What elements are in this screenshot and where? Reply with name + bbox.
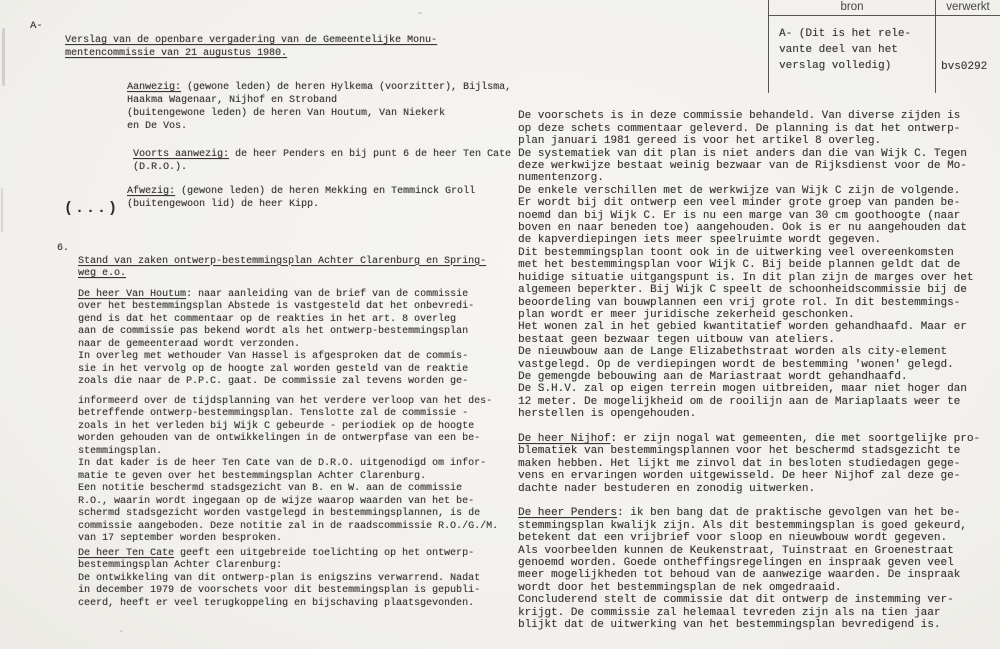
scan-artifact bbox=[120, 630, 123, 632]
scan-artifact bbox=[244, 196, 247, 198]
scanned-document-page: bron verwerkt A- (Dit is het rele- vante… bbox=[0, 0, 1000, 649]
attendance-also-present: Voorts aanwezig: de heer Penders en bij … bbox=[67, 135, 563, 174]
attendance-present-label: Aanwezig: bbox=[127, 82, 181, 93]
verwerkt-code: bvs0292 bbox=[941, 61, 987, 73]
paragraph-continuation-text: informeerd over de tijdsplanning van het… bbox=[78, 396, 498, 545]
paragraph-nijhof: De heer Nijhof: er zijn nogal wat gemeen… bbox=[518, 421, 990, 495]
scan-artifact bbox=[705, 320, 707, 322]
agenda-item-title: Stand van zaken ontwerp-bestemmingsplan … bbox=[78, 243, 498, 281]
paragraph-penders: De heer Penders: ik ben bang dat de prak… bbox=[518, 495, 990, 631]
column-header-verwerkt: verwerkt bbox=[936, 1, 1000, 13]
document-title: Verslag van de openbare vergadering van … bbox=[65, 21, 485, 60]
paragraph-van-houtum: De heer Van Houtum: naar aanleiding van … bbox=[78, 276, 503, 389]
attendance-also-present-label: Voorts aanwezig: bbox=[133, 149, 229, 160]
section-marker: A- bbox=[30, 20, 43, 33]
scan-artifact bbox=[1, 188, 3, 232]
table-header-rule bbox=[768, 15, 1000, 16]
column-header-bron: bron bbox=[769, 1, 935, 13]
attendance-absent-label: Afwezig: bbox=[127, 186, 175, 197]
document-title-text: Verslag van de openbare vergadering van … bbox=[65, 35, 437, 59]
right-column: De voorschets is in deze commissie behan… bbox=[518, 98, 990, 631]
scan-artifact bbox=[2, 28, 5, 86]
speaker-label-nijhof: De heer Nijhof bbox=[518, 433, 610, 445]
table-vertical-line-left bbox=[768, 0, 769, 93]
paragraph-plan-discussion-text: De voorschets is in deze commissie behan… bbox=[518, 110, 973, 420]
agenda-item-number: 6. bbox=[57, 243, 69, 256]
speaker-label-van-houtum: De heer Van Houtum bbox=[78, 289, 186, 300]
source-note: A- (Dit is het rele- vante deel van het … bbox=[779, 26, 929, 74]
ellipsis-mark: (...) bbox=[64, 200, 119, 217]
paragraph-ten-cate: De heer Ten Cate geeft een uitgebreide t… bbox=[78, 535, 503, 610]
paragraph-penders-text: : ik ben bang dat de praktische gevolgen… bbox=[518, 507, 967, 631]
attendance-present: Aanwezig: (gewone leden) de heren Hylkem… bbox=[67, 68, 547, 133]
scan-artifact bbox=[418, 12, 422, 14]
table-vertical-line-divider bbox=[935, 0, 936, 93]
attendance-absent-text: (gewone leden) de heren Mekking en Temmi… bbox=[127, 186, 475, 210]
paragraph-continuation: informeerd over de tijdsplanning van het… bbox=[78, 383, 523, 546]
attendance-absent: Afwezig: (gewone leden) de heren Mekking… bbox=[67, 172, 547, 211]
speaker-label-ten-cate: De heer Ten Cate bbox=[78, 548, 174, 559]
paragraph-plan-discussion: De voorschets is in deze commissie behan… bbox=[518, 98, 990, 421]
speaker-label-penders: De heer Penders bbox=[518, 507, 617, 519]
attendance-present-text: (gewone leden) de heren Hylkema (voorzit… bbox=[127, 82, 511, 132]
paragraph-van-houtum-text: : naar aanleiding van de brief van de co… bbox=[78, 289, 474, 388]
